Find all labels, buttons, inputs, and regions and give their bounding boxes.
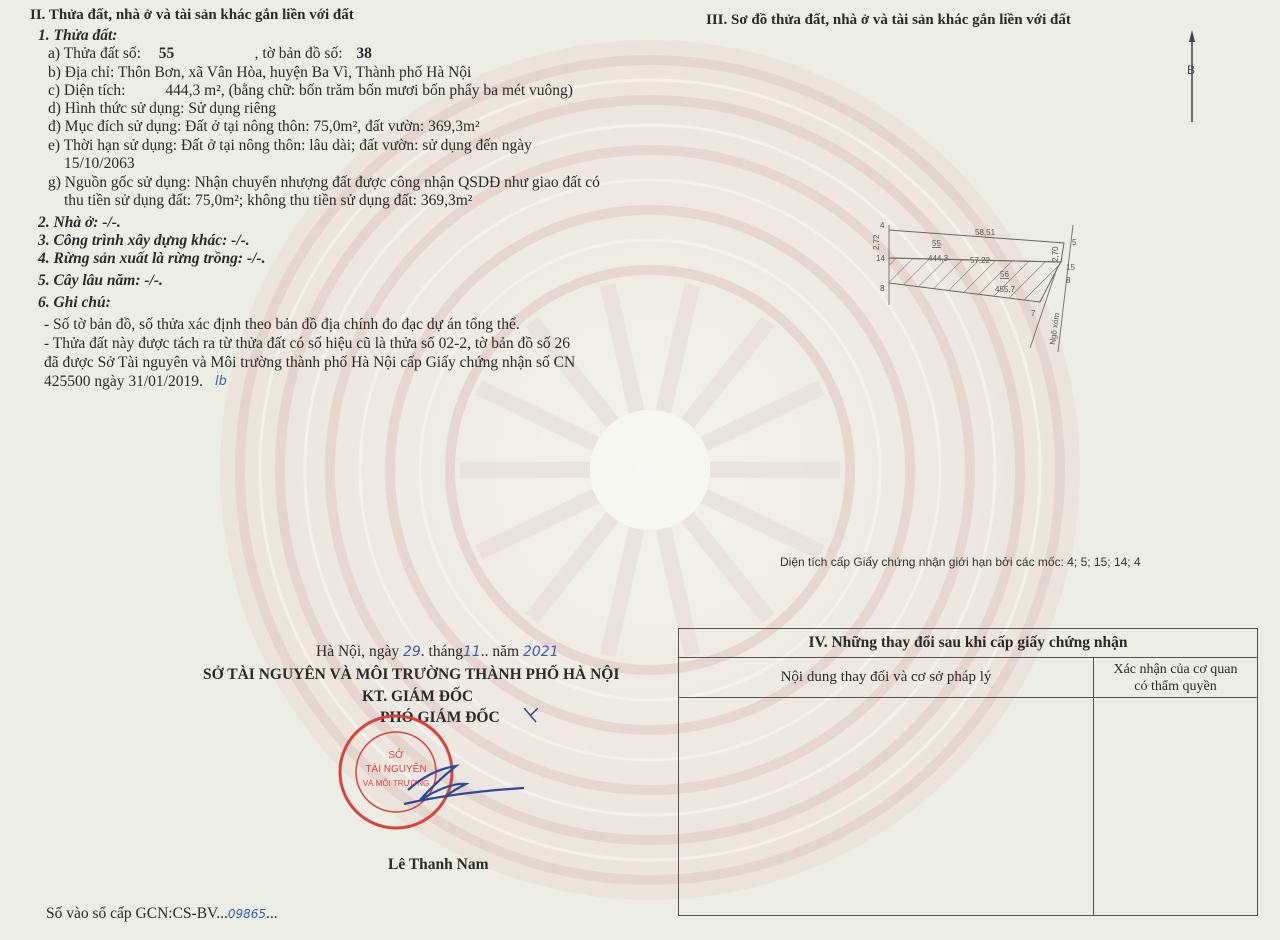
col-header-content: Nội dung thay đổi và cơ sở pháp lý [679,658,1094,698]
svg-text:SỞ: SỞ [388,748,404,761]
signer-role-1: KT. GIÁM ĐỐC [362,688,473,707]
place-date-prefix: Hà Nội, ngày [316,643,399,660]
svg-text:15: 15 [1066,263,1075,272]
svg-text:2,70: 2,70 [1051,246,1060,262]
svg-text:5: 5 [1072,238,1077,247]
col-header-confirmation-l2: có thẩm quyền [1094,678,1257,695]
changes-content-cell [679,698,1094,916]
col-header-confirmation-l1: Xác nhận của cơ quan [1094,661,1257,678]
svg-text:TÀI NGUYÊN: TÀI NGUYÊN [365,762,426,775]
month-label: tháng [429,643,463,660]
official-stamp: SỞ TÀI NGUYÊN VÀ MÔI TRƯỜNG [338,708,538,848]
svg-text:4: 4 [880,221,885,230]
svg-text:7: 7 [1031,309,1036,318]
svg-text:8: 8 [1066,276,1071,285]
svg-text:14: 14 [876,254,885,263]
agency-name: SỞ TÀI NGUYÊN VÀ MÔI TRƯỜNG THÀNH PHỐ HÀ… [203,666,619,685]
svg-text:58,51: 58,51 [975,228,996,237]
place-date: Hà Nội, ngày 29. tháng11.. năm 2021 [316,643,559,662]
registry-value: 09865 [228,907,266,921]
svg-text:57,22: 57,22 [970,256,991,265]
year-label: năm [492,643,519,660]
svg-text:8: 8 [880,284,885,293]
boundary-note: Diện tích cấp Giấy chứng nhận giới hạn b… [780,555,1141,569]
svg-text:455,7: 455,7 [995,285,1016,294]
date-month: 11 [463,644,481,660]
north-arrow-icon: B [1187,30,1195,122]
signer-name: Lê Thanh Nam [388,856,489,875]
col-header-confirmation: Xác nhận của cơ quan có thẩm quyền [1094,658,1258,698]
parcel-diagram: B 4 14 8 5 15 8 7 58,51 57,22 2,72 2,70 … [0,0,1280,600]
date-year: 2021 [523,644,559,660]
svg-text:444,3: 444,3 [928,254,949,263]
date-day: 29 [403,644,421,660]
changes-table: IV. Những thay đổi sau khi cấp giấy chứn… [678,628,1258,916]
svg-text:55: 55 [932,239,941,248]
svg-text:2,72: 2,72 [872,234,881,250]
changes-confirmation-cell [1094,698,1258,916]
svg-text:B: B [1187,63,1195,77]
registry-number: Số vào sổ cấp GCN:CS-BV...09865... [46,905,278,924]
registry-label: Số vào sổ cấp GCN:CS-BV... [46,905,228,922]
svg-text:56: 56 [1000,270,1009,279]
section-4-title: IV. Những thay đổi sau khi cấp giấy chứn… [679,629,1258,658]
